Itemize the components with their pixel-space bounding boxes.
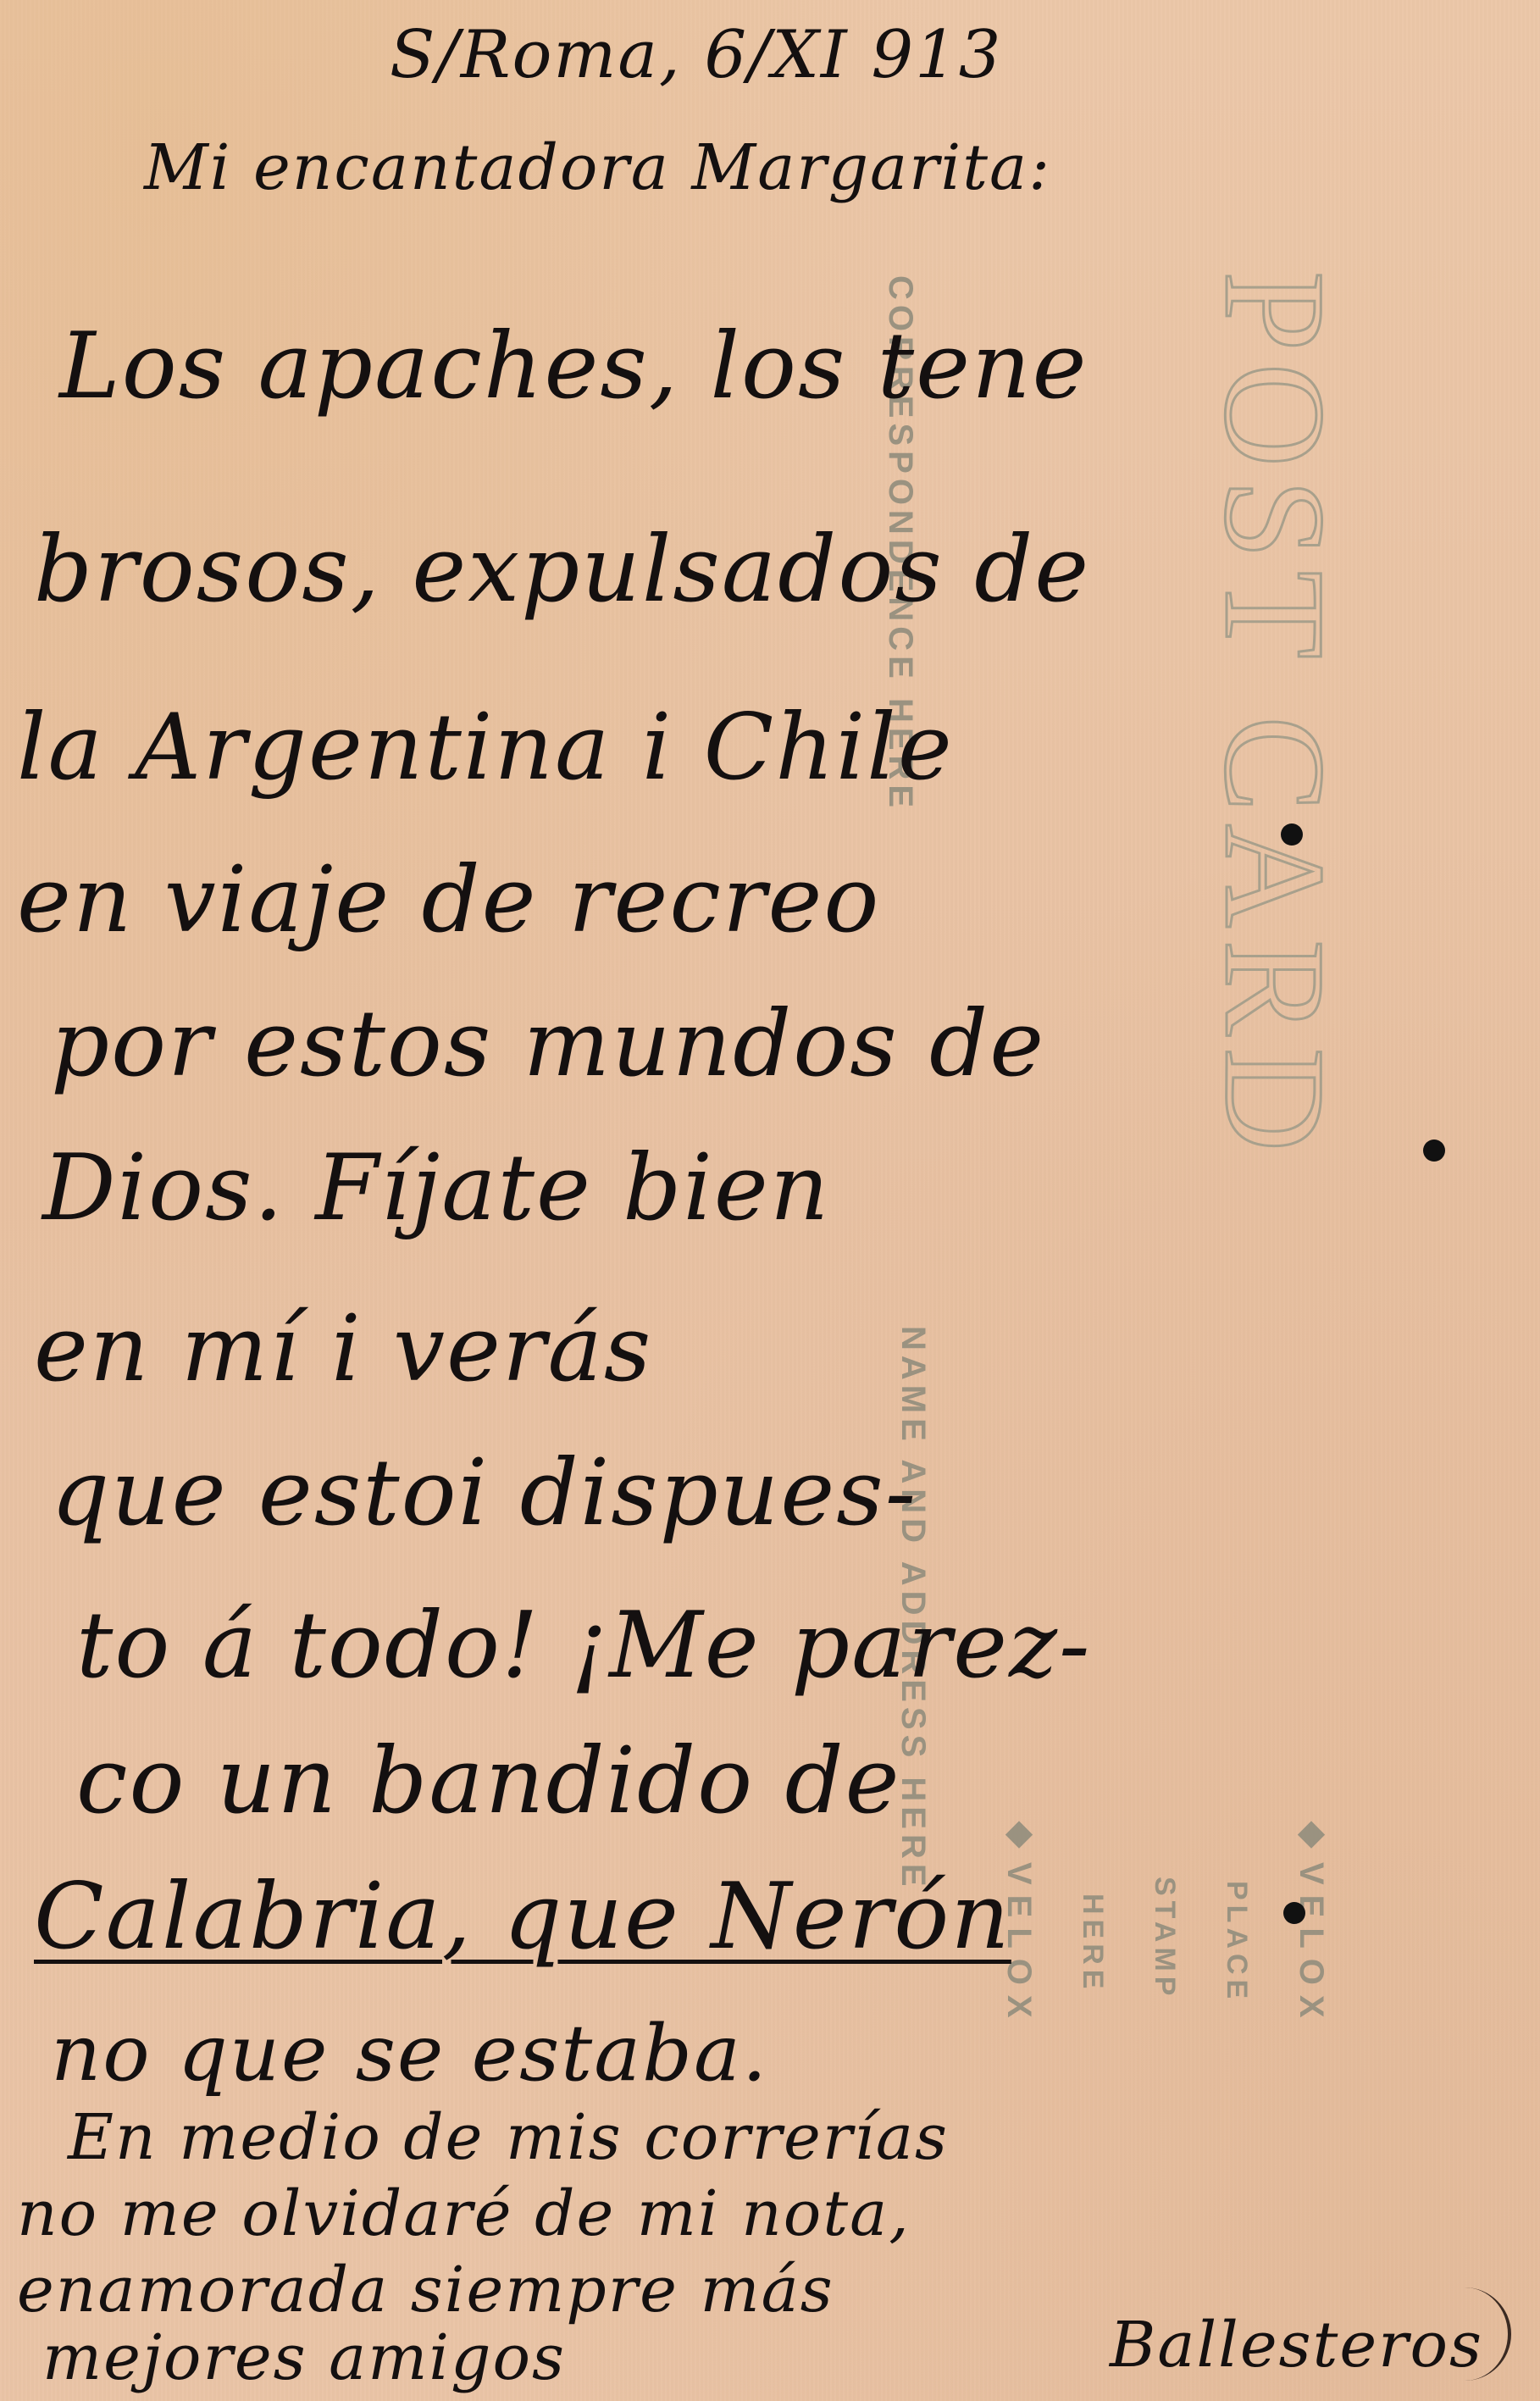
ink-dot [1281,823,1303,846]
signature-flourish [1389,2287,1511,2381]
handwritten-line-1: Los apaches, los tene [59,313,1089,419]
handwritten-line-14: no me olvidaré de mi nota, [17,2177,911,2250]
ink-dot [1423,1140,1445,1162]
stamp-text-place: PLACE [1220,1881,1253,2004]
handwritten-line-4: en viaje de recreo [17,847,880,953]
handwritten-line-5: por estos mundos de [51,991,1045,1097]
handwritten-date: S/Roma, 6/XI 913 [390,17,1002,93]
stamp-text-here: HERE [1076,1894,1109,1993]
handwritten-salutation: Mi encantadora Margarita: [144,131,1051,204]
handwritten-line-11: Calabria, que Nerón [34,1864,1011,1970]
handwritten-line-15: enamorada siempre más [17,2254,834,2326]
handwritten-line-8: que estoi dispues- [51,1440,917,1546]
handwritten-line-2: brosos, expulsados de [34,517,1090,623]
handwritten-line-6: Dios. Fíjate bien [42,1135,830,1241]
handwritten-line-3: la Argentina i Chile [17,695,954,801]
handwritten-line-12: no que se estaba. [51,2008,768,2099]
stamp-box: ◆VELOX HERE STAMP PLACE ◆VELOX [1000,1813,1338,2118]
handwritten-line-13: En medio de mis correrías [68,2101,949,2174]
postcard-title-printed: POST CARD [1203,271,1347,1163]
handwritten-line-10: co un bandido de [76,1728,901,1834]
ink-dot [1283,1902,1305,1924]
handwritten-line-9: to á todo! ¡Me parez- [76,1593,1091,1699]
stamp-text-stamp: STAMP [1148,1877,1181,2000]
handwritten-line-7: en mí i verás [34,1296,652,1402]
handwritten-line-16: mejores amigos [42,2321,566,2394]
